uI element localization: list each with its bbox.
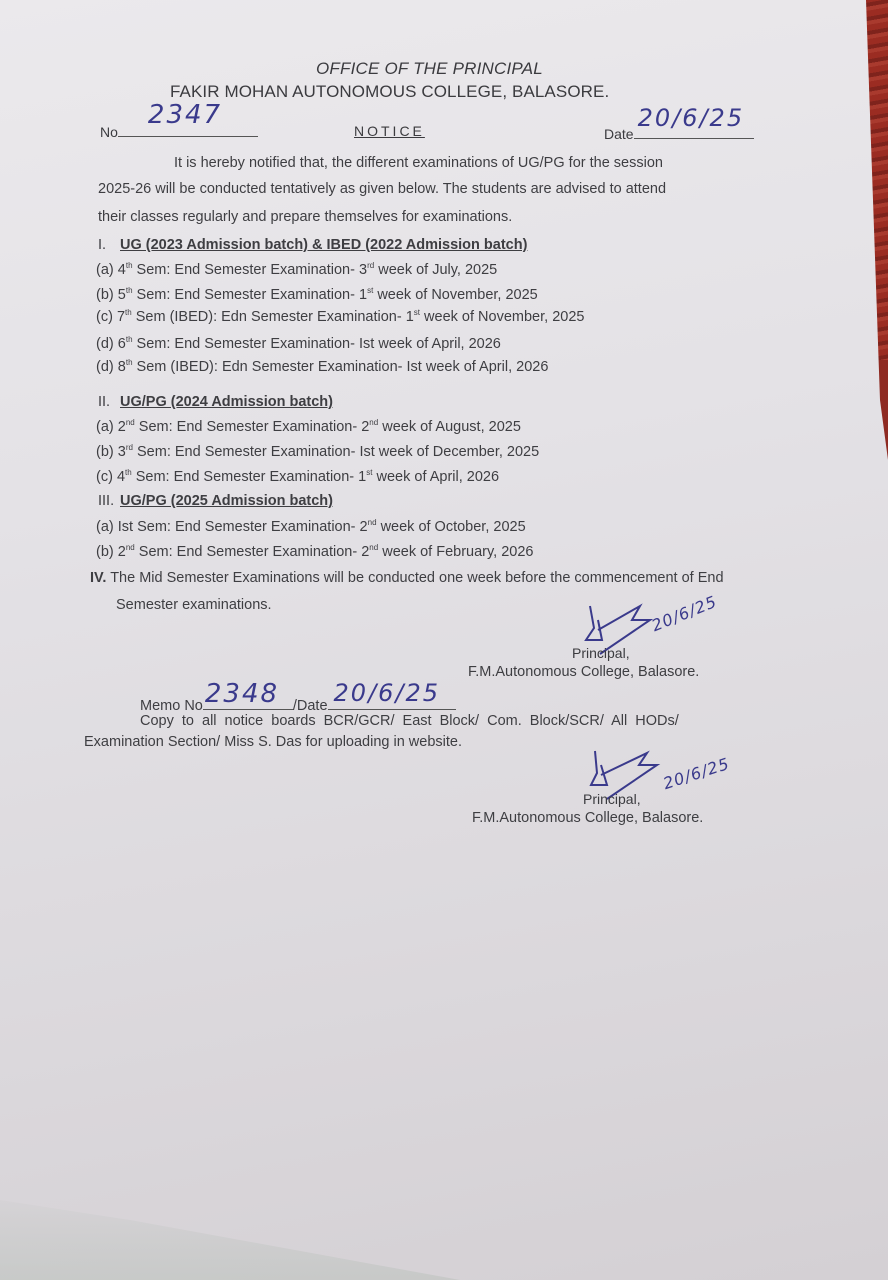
exam-description: Sem: End Semester Examination- [139,419,361,435]
week-suffix: rd [367,261,374,270]
week-number: Ist [359,444,374,460]
week-number: 3 [359,262,367,278]
semester-number: 3 [118,444,126,460]
exam-timing: week of November, 2025 [377,287,537,303]
week-number: Ist [359,336,374,352]
item-label: (c) [96,469,113,485]
semester-suffix: nd [126,543,135,552]
semester-number: 5 [118,287,126,303]
item-label: (d) [96,359,114,375]
schedule-item: (b) 2nd Sem: End Semester Examination- 2… [96,543,534,560]
intro-line-2: 2025-26 will be conducted tentatively as… [98,181,666,197]
item-label: (b) [96,544,114,560]
signature-1-title: Principal, [572,645,630,661]
semester-suffix: th [126,286,133,295]
exam-timing: week of December, 2025 [379,444,539,460]
number-label: No [100,124,118,140]
notice-title: NOTICE [354,123,425,139]
schedule-item: (c) 7th Sem (IBED): Edn Semester Examina… [96,308,584,325]
semester-number: 2 [118,544,126,560]
section-heading: II.UG/PG (2024 Admission batch) [98,394,333,410]
item-label: (d) [96,336,114,352]
exam-timing: week of August, 2025 [382,419,521,435]
week-suffix: st [366,468,372,477]
notice-paper: OFFICE OF THE PRINCIPAL FAKIR MOHAN AUTO… [0,0,888,1280]
schedule-item: (a) 4th Sem: End Semester Examination- 3… [96,261,497,278]
signature-1-org: F.M.Autonomous College, Balasore. [468,664,699,680]
schedule-item: (b) 3rd Sem: End Semester Examination- I… [96,443,539,460]
semester-number: Ist [118,519,133,535]
date-label: Date [604,126,634,142]
memo-line: Memo No2348/Date20/6/25 [140,693,456,714]
schedule-item: (d) 6th Sem: End Semester Examination- I… [96,335,501,352]
memo-copy-line-2: Examination Section/ Miss S. Das for upl… [84,734,462,750]
week-number: Ist [407,359,422,375]
point-iv-numeral: IV. [90,570,106,586]
week-number: 1 [406,309,414,325]
item-label: (a) [96,519,114,535]
semester-suffix: th [126,335,133,344]
exam-description: Sem (IBED): Edn Semester Examination- [137,359,407,375]
semester-number: 2 [118,419,126,435]
signature-2-title: Principal, [583,791,641,807]
semester-suffix: th [126,261,133,270]
exam-timing: week of April, 2026 [426,359,549,375]
item-label: (a) [96,262,114,278]
exam-description: Sem (IBED): Edn Semester Examination- [136,309,406,325]
schedule-item: (a) 2nd Sem: End Semester Examination- 2… [96,418,521,435]
memo-label: Memo No [140,698,203,714]
memo-number-value: 2348 [205,679,279,709]
semester-number: 6 [118,336,126,352]
section-numeral: I. [98,237,120,253]
semester-number: 8 [118,359,126,375]
exam-description: Sem: End Semester Examination- [137,262,359,278]
exam-timing: week of July, 2025 [378,262,497,278]
semester-number: 4 [118,262,126,278]
schedule-item: (a) Ist Sem: End Semester Examination- 2… [96,518,526,535]
semester-suffix: th [126,358,133,367]
week-suffix: st [367,286,373,295]
exam-description: Sem: End Semester Examination- [137,336,359,352]
semester-number: 4 [117,469,125,485]
week-suffix: nd [369,543,378,552]
exam-timing: week of February, 2026 [382,544,533,560]
item-label: (b) [96,444,114,460]
exam-description: Sem: End Semester Examination- [137,519,359,535]
college-heading: FAKIR MOHAN AUTONOMOUS COLLEGE, BALASORE… [170,82,609,102]
notice-date: Date20/6/25 [604,120,754,142]
item-label: (b) [96,287,114,303]
semester-suffix: rd [126,443,133,452]
memo-date-value: 20/6/25 [334,679,441,707]
exam-description: Sem: End Semester Examination- [139,544,361,560]
week-number: 2 [360,519,368,535]
date-field: 20/6/25 [634,120,754,139]
section-title: UG/PG (2024 Admission batch) [120,394,333,410]
memo-copy-line-1: Copy to all notice boards BCR/GCR/ East … [140,713,679,729]
week-suffix: nd [368,518,377,527]
point-iv-line-2: Semester examinations. [116,597,272,613]
date-value: 20/6/25 [638,104,745,132]
exam-timing: week of April, 2026 [377,469,500,485]
point-iv-text: The Mid Semester Examinations will be co… [110,570,723,586]
memo-date-label: /Date [293,698,328,714]
item-label: (a) [96,419,114,435]
semester-suffix: th [125,308,132,317]
section-heading: I.UG (2023 Admission batch) & IBED (2022… [98,237,527,253]
semester-suffix: th [125,468,132,477]
section-numeral: II. [98,394,120,410]
number-field: 2347 [118,118,258,137]
week-suffix: st [414,308,420,317]
item-label: (c) [96,309,113,325]
exam-timing: week of April, 2026 [378,336,501,352]
schedule-item: (b) 5th Sem: End Semester Examination- 1… [96,286,538,303]
intro-line-1: It is hereby notified that, the differen… [174,155,663,171]
number-value: 2347 [148,100,222,130]
section-title: UG/PG (2025 Admission batch) [120,493,333,509]
memo-number-field: 2348 [203,693,293,710]
exam-timing: week of November, 2025 [424,309,584,325]
memo-date-field: 20/6/25 [328,693,456,710]
week-number: 1 [359,287,367,303]
signature-2-org: F.M.Autonomous College, Balasore. [472,810,703,826]
semester-number: 7 [117,309,125,325]
intro-line-3: their classes regularly and prepare them… [98,209,512,225]
section-numeral: III. [98,493,120,509]
semester-suffix: nd [126,418,135,427]
exam-description: Sem: End Semester Examination- [137,287,359,303]
week-suffix: nd [369,418,378,427]
section-heading: III.UG/PG (2025 Admission batch) [98,493,333,509]
notice-number: No2347 [100,118,258,140]
exam-timing: week of October, 2025 [381,519,526,535]
paper-shadow [0,1180,460,1280]
office-heading: OFFICE OF THE PRINCIPAL [316,59,543,79]
point-iv-line-1: IV. The Mid Semester Examinations will b… [90,570,724,586]
schedule-item: (c) 4th Sem: End Semester Examination- 1… [96,468,499,485]
schedule-item: (d) 8th Sem (IBED): Edn Semester Examina… [96,358,548,375]
section-title: UG (2023 Admission batch) & IBED (2022 A… [120,237,527,253]
exam-description: Sem: End Semester Examination- [136,469,358,485]
exam-description: Sem: End Semester Examination- [137,444,359,460]
